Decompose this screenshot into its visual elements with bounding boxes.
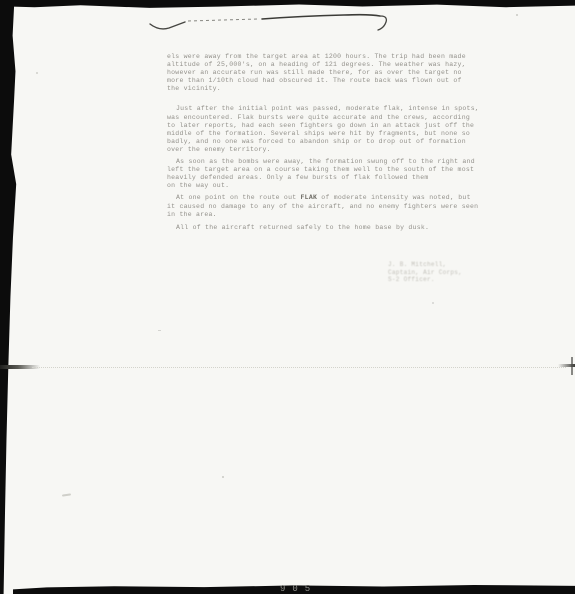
text-line: more than 1/10th cloud had obscured it. … (167, 77, 463, 85)
text-line: the vicinity. (167, 85, 463, 93)
paragraph-1: els were away from the target area at 12… (167, 53, 463, 93)
signature-block: J. B. Mitchell, Captain, Air Corps, S-2 … (388, 261, 462, 284)
fold-crease-edge-tick (571, 357, 573, 375)
paragraph-2: Just after the initial point was passed,… (167, 105, 463, 154)
text-line: altitude of 25,000's, on a heading of 12… (167, 61, 463, 69)
page-number-stamp: 905 (280, 584, 317, 594)
scan-speck (222, 476, 224, 478)
text-line: on the way out. (167, 182, 463, 190)
signature-line: Captain, Air Corps, (388, 269, 462, 277)
text-line: heavily defended areas. Only a few burst… (167, 174, 463, 182)
text-fragment: of moderate intensity was noted, but (317, 194, 471, 201)
text-line: As soon as the bombs were away, the form… (167, 158, 463, 166)
typewritten-letter-body: els were away from the target area at 12… (167, 53, 463, 232)
scanned-document-page: 905 els were away from the target area a… (0, 0, 575, 594)
scan-speck (432, 302, 434, 304)
text-line: els were away from the target area at 12… (167, 53, 463, 61)
text-line: to later reports, had each seen fighters… (167, 122, 463, 130)
text-fragment: At one point on the route out (176, 194, 301, 201)
flak-emphasis-word: FLAK (301, 194, 318, 201)
left-scan-edge-border (0, 0, 18, 594)
text-line: however an accurate run was still made t… (167, 69, 463, 77)
text-line: middle of the formation. Several ships w… (167, 130, 463, 138)
text-line: At one point on the route out FLAK of mo… (167, 194, 463, 202)
signature-line: J. B. Mitchell, (388, 261, 462, 269)
text-line: in the area. (167, 211, 463, 219)
text-line: over the enemy territory. (167, 146, 463, 154)
paragraph-4: At one point on the route out FLAK of mo… (167, 194, 463, 218)
scan-speck (158, 330, 161, 331)
closing-paragraph: All of the aircraft returned safely to t… (167, 224, 463, 232)
text-line: left the target area on a course taking … (167, 166, 463, 174)
text-line: All of the aircraft returned safely to t… (167, 224, 463, 232)
pen-scribble-line (140, 8, 402, 34)
text-line: it caused no damage to any of the aircra… (167, 203, 463, 211)
text-line: badly, and no one was forced to abandon … (167, 138, 463, 146)
signature-line: S-2 Officer. (388, 276, 462, 284)
text-line: was encountered. Flak bursts were quite … (167, 114, 463, 122)
scan-speck (516, 14, 518, 16)
fold-crease-line (32, 367, 566, 368)
scan-speck (36, 72, 38, 74)
paragraph-3: As soon as the bombs were away, the form… (167, 158, 463, 190)
text-line: Just after the initial point was passed,… (167, 105, 463, 113)
scan-speck (62, 493, 71, 496)
